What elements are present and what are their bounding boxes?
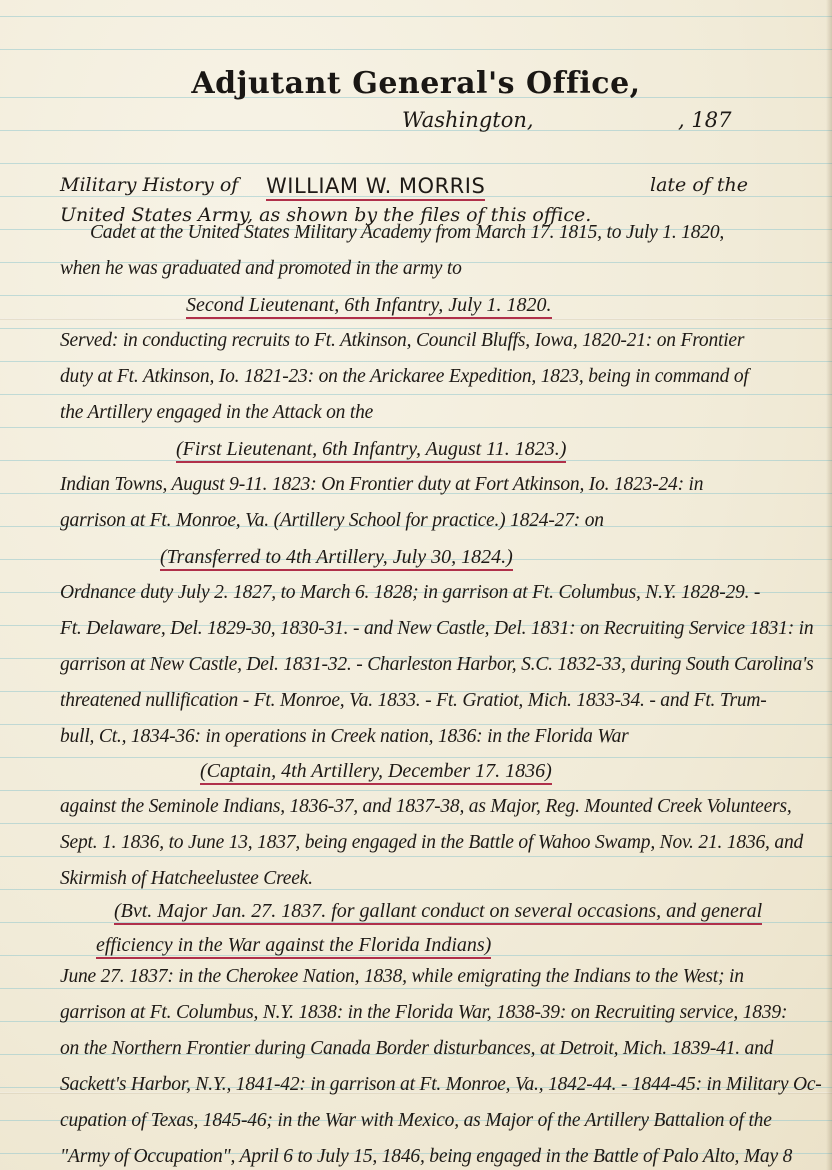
history-line: June 27. 1837: in the Cherokee Nation, 1… (60, 966, 744, 988)
history-line: the Artillery engaged in the Attack on t… (60, 402, 373, 424)
history-line: threatened nullification - Ft. Monroe, V… (60, 690, 767, 712)
promotion-text: efficiency in the War against the Florid… (96, 934, 491, 959)
history-line: Skirmish of Hatcheelustee Creek. (60, 868, 313, 890)
promotion-entry: (Captain, 4th Artillery, December 17. 18… (200, 760, 552, 783)
page-edge (826, 0, 832, 1170)
history-line: cupation of Texas, 1845-46; in the War w… (60, 1110, 772, 1132)
promotion-entry: (Bvt. Major Jan. 27. 1837. for gallant c… (114, 900, 762, 923)
promotion-text: (Transferred to 4th Artillery, July 30, … (160, 546, 513, 571)
history-line: Indian Towns, August 9-11. 1823: On Fron… (60, 474, 703, 496)
promotion-entry: (Transferred to 4th Artillery, July 30, … (160, 546, 513, 569)
promotion-text: (Captain, 4th Artillery, December 17. 18… (200, 760, 552, 785)
promotion-text: (First Lieutenant, 6th Infantry, August … (176, 438, 566, 463)
promotion-text: Second Lieutenant, 6th Infantry, July 1.… (186, 294, 552, 319)
subject-name: WILLIAM W. MORRIS (266, 174, 485, 201)
promotion-entry: efficiency in the War against the Florid… (96, 934, 491, 957)
intro-prefix: Military History of (60, 174, 238, 196)
history-line: Ft. Delaware, Del. 1829-30, 1830-31. - a… (60, 618, 813, 640)
history-line: duty at Ft. Atkinson, Io. 1821-23: on th… (60, 366, 749, 388)
letterhead-place: Washington, (402, 108, 534, 132)
letterhead-year: , 187 (678, 108, 731, 132)
intro-late-of: late of the (650, 174, 748, 196)
history-line: "Army of Occupation", April 6 to July 15… (60, 1146, 792, 1168)
history-line: Sept. 1. 1836, to June 13, 1837, being e… (60, 832, 803, 854)
promotion-entry: Second Lieutenant, 6th Infantry, July 1.… (186, 294, 552, 317)
history-line: Cadet at the United States Military Acad… (90, 222, 724, 244)
history-line: bull, Ct., 1834-36: in operations in Cre… (60, 726, 629, 748)
history-line: on the Northern Frontier during Canada B… (60, 1038, 773, 1060)
promotion-entry: (First Lieutenant, 6th Infantry, August … (176, 438, 566, 461)
history-line: Sackett's Harbor, N.Y., 1841-42: in garr… (60, 1074, 822, 1096)
history-line: Ordnance duty July 2. 1827, to March 6. … (60, 582, 760, 604)
letterhead-title: Adjutant General's Office, (0, 66, 832, 101)
history-line: against the Seminole Indians, 1836-37, a… (60, 796, 792, 818)
promotion-text: (Bvt. Major Jan. 27. 1837. for gallant c… (114, 900, 762, 925)
history-line: garrison at New Castle, Del. 1831-32. - … (60, 654, 813, 676)
history-line: Served: in conducting recruits to Ft. At… (60, 330, 744, 352)
history-line: when he was graduated and promoted in th… (60, 258, 462, 280)
history-line: garrison at Ft. Columbus, N.Y. 1838: in … (60, 1002, 787, 1024)
history-line: garrison at Ft. Monroe, Va. (Artillery S… (60, 510, 604, 532)
